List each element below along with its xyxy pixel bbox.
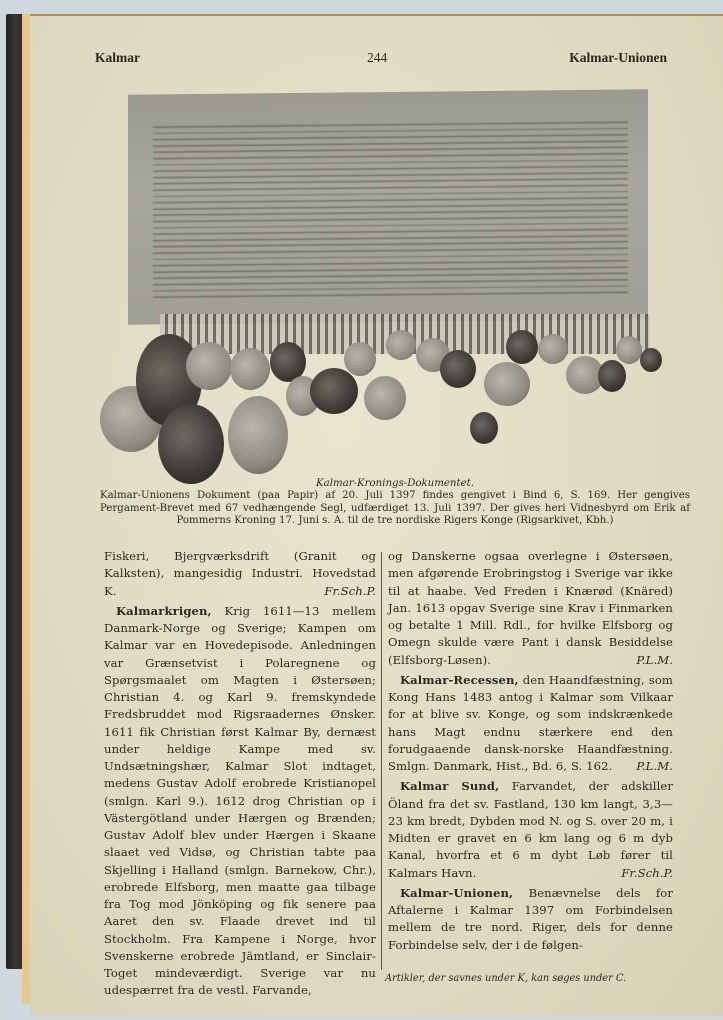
article-text: og Danskerne ogsaa overlegne i Østersøen…	[388, 549, 673, 667]
article-kalmar-sund: Kalmar Sund, Farvandet, der adskiller Öl…	[388, 778, 673, 882]
article-paragraph: Fiskeri, Bjergværksdrift (Granit og Kalk…	[104, 548, 376, 600]
wax-seal	[364, 376, 406, 420]
wax-seal	[440, 350, 476, 388]
parchment-sheet	[128, 89, 648, 324]
wax-seal	[186, 342, 232, 390]
wax-seal	[386, 330, 416, 360]
wax-seal	[538, 334, 568, 364]
document-photograph	[100, 86, 670, 476]
running-head-right: Kalmar-Unionen	[569, 50, 667, 66]
article-kalmar-recessen: Kalmar-Recessen, den Haandfæstning, som …	[388, 672, 673, 776]
page-number: 244	[367, 50, 387, 66]
wax-seal	[640, 348, 662, 372]
wax-seal	[310, 368, 358, 414]
wax-seal	[484, 362, 530, 406]
wax-seal	[230, 348, 270, 390]
author-signature: Fr.Sch.P.	[324, 583, 376, 600]
article-paragraph: og Danskerne ogsaa overlegne i Østersøen…	[388, 548, 673, 669]
author-signature: P.L.M.	[636, 652, 673, 669]
article-text: Krig 1611—13 mellem Danmark-Norge og Sve…	[104, 604, 376, 998]
author-signature: P.L.M.	[624, 758, 673, 775]
wax-seal	[616, 336, 642, 364]
running-head-left: Kalmar	[95, 50, 140, 66]
footer-note: Artikler, der savnes under K, kan søges …	[385, 973, 626, 984]
wax-seal	[470, 412, 498, 444]
article-headword: Kalmarkrigen,	[116, 604, 212, 618]
wax-seal	[506, 330, 538, 364]
text-column-right: og Danskerne ogsaa overlegne i Østersøen…	[388, 548, 673, 957]
wax-seal	[344, 342, 376, 376]
figure-caption: Kalmar-Kronings-Dokumentet. Kalmar-Union…	[100, 478, 690, 528]
running-head: Kalmar 244 Kalmar-Unionen	[95, 50, 667, 70]
wax-seal	[598, 360, 626, 392]
wax-seal	[228, 396, 288, 474]
article-headword: Kalmar Sund,	[400, 779, 499, 793]
caption-body: Kalmar-Unionens Dokument (paa Papir) af …	[100, 490, 690, 527]
text-column-left: Fiskeri, Bjergværksdrift (Granit og Kalk…	[104, 548, 376, 1003]
article-headword: Kalmar-Recessen,	[400, 673, 519, 687]
article-text: Farvandet, der adskiller Öland fra det s…	[388, 779, 673, 879]
author-signature: Fr.Sch.P.	[609, 865, 673, 882]
article-kalmar-unionen: Kalmar-Unionen, Benævnelse dels for Afta…	[388, 885, 673, 954]
article-headword: Kalmar-Unionen,	[400, 886, 513, 900]
caption-title: Kalmar-Kronings-Dokumentet.	[100, 478, 690, 490]
wax-seal	[158, 404, 224, 484]
manuscript-text-lines	[153, 121, 628, 298]
article-kalmarkrigen: Kalmarkrigen, Krig 1611—13 mellem Danmar…	[104, 603, 376, 1000]
column-divider	[381, 552, 382, 970]
article-text: den Haandfæstning, som Kong Hans 1483 an…	[388, 673, 673, 773]
